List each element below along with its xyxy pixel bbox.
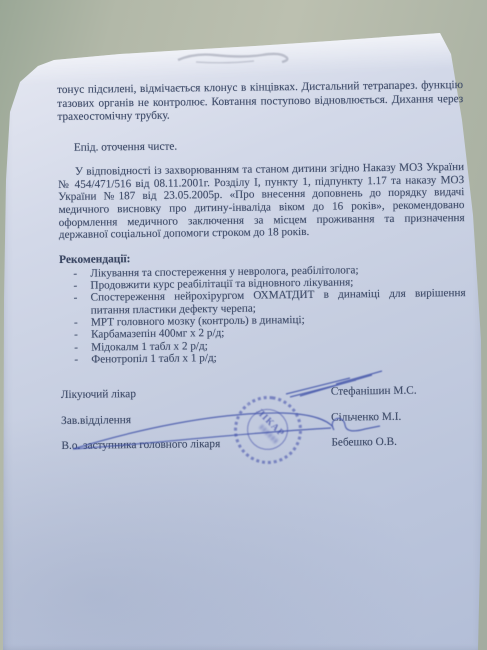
signature-role: Зав.відділення — [61, 414, 131, 427]
signature-name: Бебешко О.В. — [331, 436, 397, 449]
signature-name: Сільченко М.І. — [331, 410, 401, 423]
recommendations-list: Лікування та спостереження у невролога, … — [59, 263, 466, 366]
photo-of-medical-document: тонус підсилені, відмічається клонус в к… — [0, 0, 487, 650]
signature-name: Стефанішин М.С. — [331, 385, 417, 398]
paragraph-order-reference: У відповідності із захворюванням та стан… — [58, 161, 465, 242]
signature-role: В.о. заступника головного лікаря — [61, 438, 220, 452]
document-text-block: тонус підсилені, відмічається клонус в к… — [57, 79, 466, 366]
round-doctor-stamp: ЛІКАР — [230, 392, 307, 469]
signature-role: Лікуючий лікар — [61, 388, 136, 401]
paragraph-epid: Епід. оточення чисте. — [74, 137, 464, 155]
paragraph-clinical-status: тонус підсилені, відмічається клонус в к… — [57, 79, 463, 125]
